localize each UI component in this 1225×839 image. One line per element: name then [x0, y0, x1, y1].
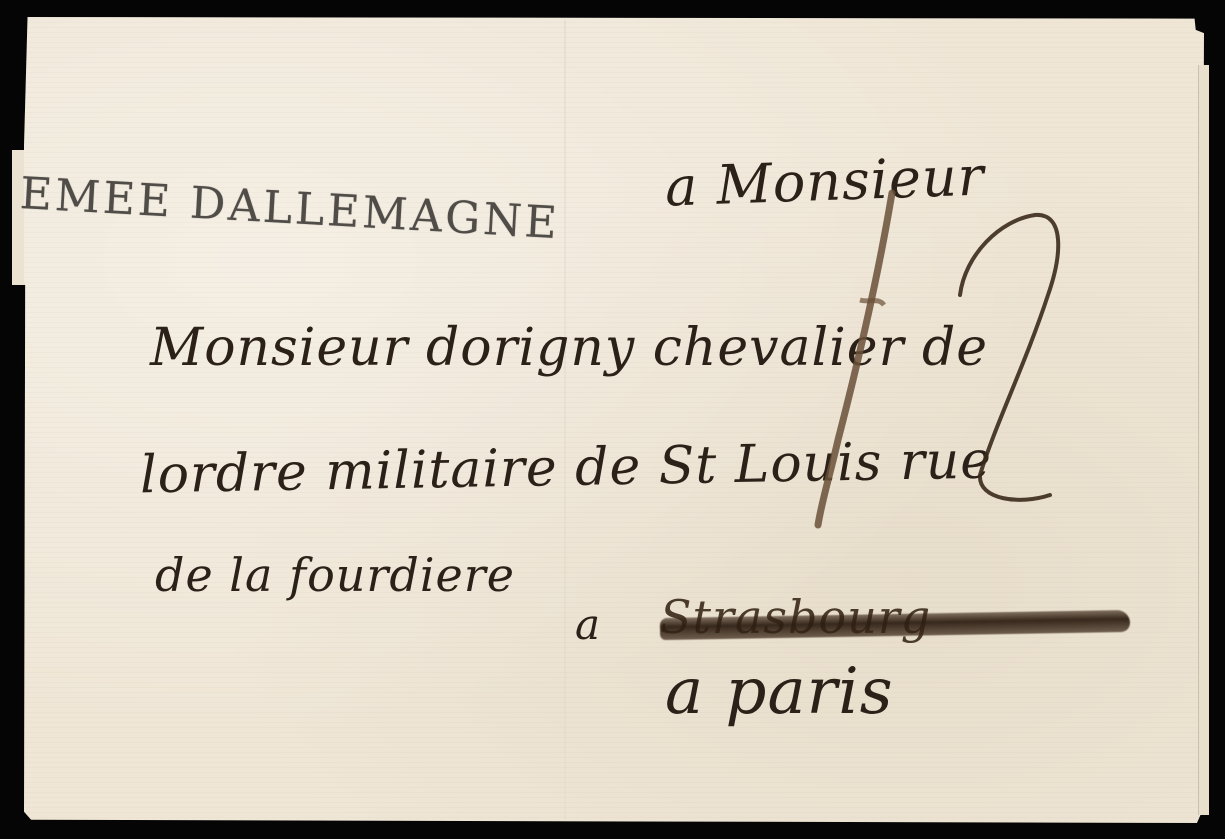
address-line-3: de la fourdiere	[155, 548, 515, 602]
letter-scan: EMEE DALLEMAGNE a Monsieur Monsieur dori…	[0, 0, 1225, 839]
address-line-1: Monsieur dorigny chevalier de	[150, 318, 988, 378]
struck-destination-prefix: a	[575, 600, 601, 649]
letter-sheet	[24, 17, 1204, 823]
destination-city: a paris	[665, 655, 894, 729]
right-fold-edge	[1198, 65, 1209, 815]
center-fold-line	[564, 20, 566, 820]
address-salutation: a Monsieur	[664, 144, 985, 218]
